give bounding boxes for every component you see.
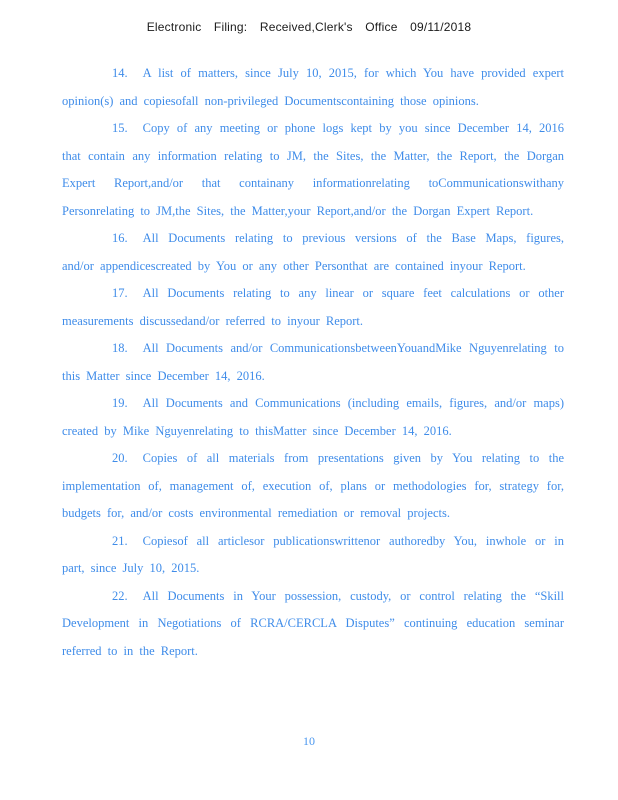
item-number: 16. [112,231,143,245]
item-number: 22. [112,589,143,603]
item-number: 20. [112,451,143,465]
request-item-14: 14.A list of matters, since July 10, 201… [62,60,564,115]
page-number: 10 [0,734,618,749]
request-item-16: 16.All Documents relating to previous ve… [62,225,564,280]
item-number: 21. [112,534,143,548]
item-text: Copy of any meeting or phone logs kept b… [62,121,564,218]
request-item-21: 21.Copiesof all articlesor publicationsw… [62,528,564,583]
request-item-20: 20.Copies of all materials from presenta… [62,445,564,528]
item-number: 14. [112,66,143,80]
item-number: 19. [112,396,143,410]
request-item-17: 17.All Documents relating to any linear … [62,280,564,335]
document-page: Electronic Filing: Received,Clerk's Offi… [0,0,618,800]
efiling-stamp-header: Electronic Filing: Received,Clerk's Offi… [0,20,618,34]
request-item-19: 19.All Documents and Communications (inc… [62,390,564,445]
item-number: 15. [112,121,143,135]
item-number: 17. [112,286,143,300]
request-item-22: 22.All Documents in Your possession, cus… [62,583,564,666]
request-item-18: 18.All Documents and/or Communicationsbe… [62,335,564,390]
document-body: 14.A list of matters, since July 10, 201… [62,60,564,665]
request-item-15: 15.Copy of any meeting or phone logs kep… [62,115,564,225]
item-number: 18. [112,341,143,355]
